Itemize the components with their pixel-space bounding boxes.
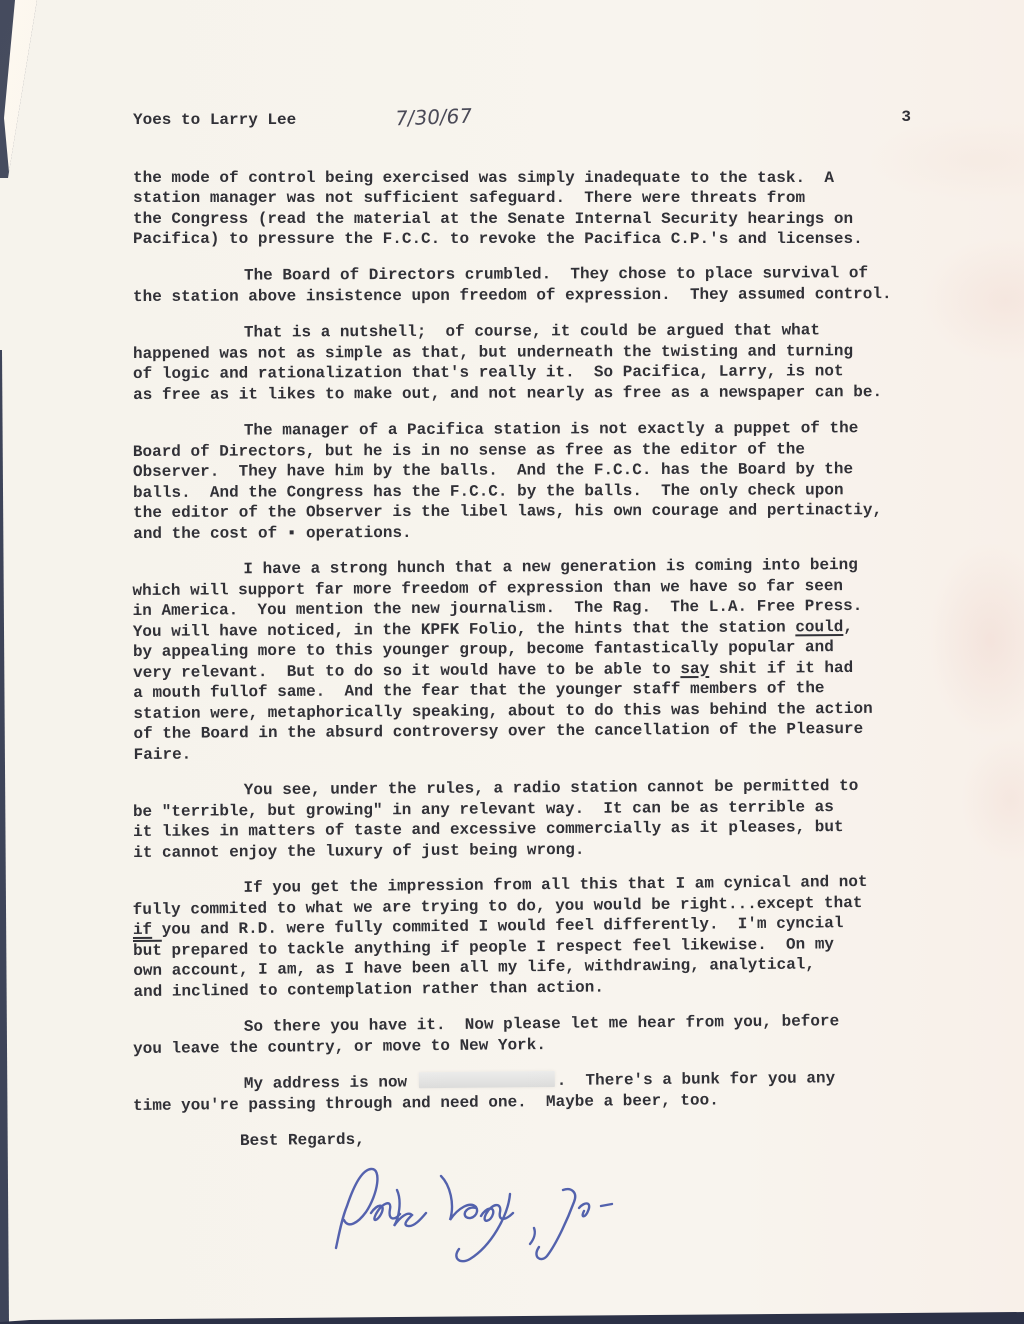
overlined-word: but bbox=[133, 941, 162, 959]
scanned-letter-page: Yoes to Larry Lee7/30/673 the mode of co… bbox=[0, 0, 1024, 1324]
paragraph: You see, under the rules, a radio statio… bbox=[133, 775, 916, 862]
typed-line: Pacifica) to pressure the F.C.C. to revo… bbox=[133, 229, 915, 250]
paragraph: the mode of control being exercised was … bbox=[133, 168, 915, 250]
underlined-word: say bbox=[680, 659, 709, 677]
paragraph: The Board of Directors crumbled. They ch… bbox=[133, 262, 915, 306]
header-from-to: Yoes to Larry Lee bbox=[133, 111, 296, 129]
typed-line: balls. And the Congress has the F.C.C. b… bbox=[133, 479, 915, 503]
typed-line: the station above insistence upon freedo… bbox=[133, 283, 915, 307]
typed-line: the mode of control being exercised was … bbox=[133, 168, 915, 189]
redaction-box bbox=[419, 1070, 555, 1087]
typed-line: station manager was not sufficient safeg… bbox=[133, 188, 915, 209]
closing-line: Best Regards, bbox=[133, 1124, 915, 1152]
typed-line: The Board of Directors crumbled. They ch… bbox=[133, 262, 915, 286]
paragraph: My address is now . There's a bunk for y… bbox=[133, 1067, 915, 1116]
typed-line: Observer. They have him by the balls. An… bbox=[133, 458, 915, 482]
signature-strokes bbox=[336, 1169, 612, 1261]
typed-line: happened was not as simple as that, but … bbox=[133, 340, 915, 364]
underlined-word: if bbox=[133, 920, 152, 938]
paragraph: I have a strong hunch that a new generat… bbox=[132, 554, 915, 764]
typed-line: That is a nutshell; of course, it could … bbox=[133, 319, 915, 343]
letter-content: Yoes to Larry Lee7/30/673 the mode of co… bbox=[133, 107, 915, 1271]
typed-line: as free as it likes to make out, and not… bbox=[133, 381, 915, 405]
typed-line: the Congress (read the material at the S… bbox=[133, 209, 915, 230]
typed-line: Board of Directors, but he is in no sens… bbox=[133, 438, 915, 462]
letter-paragraphs: the mode of control being exercised was … bbox=[133, 168, 915, 1116]
page-number: 3 bbox=[901, 107, 911, 128]
typed-line: and the cost of ▪ operations. bbox=[133, 520, 915, 544]
header-date: 7/30/67 bbox=[394, 106, 474, 129]
typed-line: the editor of the Observer is the libel … bbox=[133, 499, 915, 523]
letter-header: Yoes to Larry Lee7/30/673 bbox=[133, 107, 915, 131]
typed-line: of logic and rationalization that's real… bbox=[133, 360, 915, 384]
typed-line: The manager of a Pacifica station is not… bbox=[133, 417, 915, 441]
underlined-word: could bbox=[795, 617, 843, 635]
signature-dick-yoes-jr: Dick Yoes, Jr. bbox=[329, 1156, 629, 1271]
paragraph: The manager of a Pacifica station is not… bbox=[133, 417, 915, 543]
paragraph: So there you have it. Now please let me … bbox=[133, 1010, 915, 1059]
paragraph: That is a nutshell; of course, it could … bbox=[133, 319, 915, 404]
paragraph: If you get the impression from all this … bbox=[132, 871, 915, 1002]
